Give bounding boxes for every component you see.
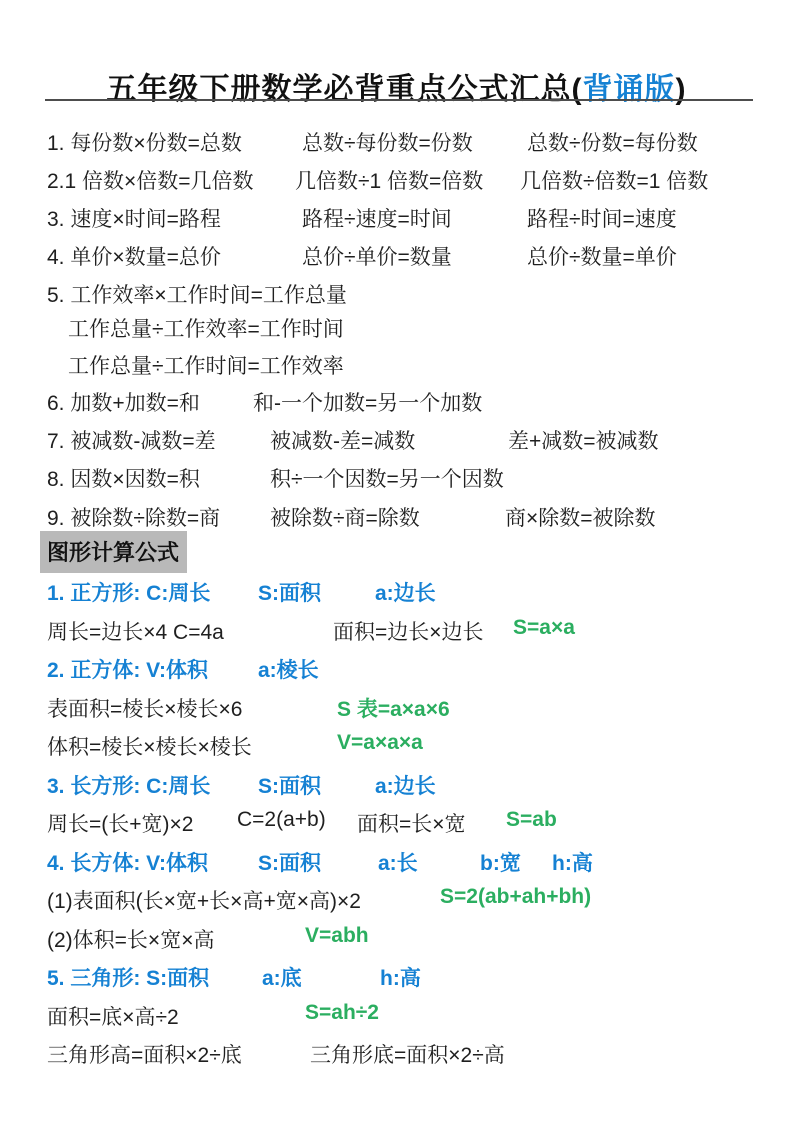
- formula-row-9: 9. 被除数÷除数=商 被除数÷商=除数 商×除数=被除数: [0, 502, 793, 534]
- formula-row-7: 7. 被减数-减数=差 被减数-差=减数 差+减数=被减数: [0, 425, 793, 457]
- formula-segment: 6. 加数+加数=和: [47, 387, 200, 417]
- formula-segment: h:高: [380, 962, 421, 992]
- formula-segment: a:边长: [375, 577, 436, 607]
- formula-segment: 9. 被除数÷除数=商: [47, 502, 220, 532]
- formula-row-5: 5. 工作效率×工作时间=工作总量: [0, 279, 793, 311]
- geometry-row-10: (2)体积=长×宽×高 V=abh: [0, 924, 793, 956]
- formula-segment: 总数÷每份数=份数: [302, 127, 473, 157]
- formula-segment: 几倍数÷倍数=1 倍数: [520, 165, 708, 195]
- formula-segment: 路程÷速度=时间: [302, 203, 452, 233]
- formula-segment: 三角形高=面积×2÷底: [47, 1039, 242, 1069]
- formula-segment: 积÷一个因数=另一个因数: [270, 463, 504, 493]
- title-suffix: ): [676, 73, 687, 106]
- formula-segment: 4. 单价×数量=总价: [47, 241, 221, 271]
- formula-segment: 体积=棱长×棱长×棱长: [47, 731, 252, 761]
- formula-segment: S=2(ab+ah+bh): [440, 885, 591, 909]
- geometry-row-12: 面积=底×高÷2 S=ah÷2: [0, 1001, 793, 1033]
- formula-segment: S:面积: [258, 847, 321, 877]
- formula-segment: 路程÷时间=速度: [527, 203, 677, 233]
- geometry-row-13: 三角形高=面积×2÷底 三角形底=面积×2÷高: [0, 1039, 793, 1071]
- formula-segment: 2. 正方体: V:体积: [47, 654, 208, 684]
- formula-segment: 被除数÷商=除数: [270, 502, 420, 532]
- formula-segment: S 表=a×a×6: [337, 693, 450, 723]
- formula-segment: 工作总量÷工作效率=工作时间: [68, 313, 344, 343]
- formula-segment: 5. 工作效率×工作时间=工作总量: [47, 279, 347, 309]
- formula-segment: 7. 被减数-减数=差: [47, 425, 216, 455]
- formula-segment: b:宽: [480, 847, 521, 877]
- formula-segment: 被减数-差=减数: [270, 425, 415, 455]
- formula-segment: S=ab: [506, 808, 557, 832]
- formula-segment: S:面积: [258, 577, 321, 607]
- formula-segment: 表面积=棱长×棱长×6: [47, 693, 242, 723]
- geometry-row-1: 1. 正方形: C:周长 S:面积 a:边长: [0, 577, 793, 609]
- formula-segment: a:底: [262, 962, 302, 992]
- formula-segment: (1)表面积(长×宽+长×高+宽×高)×2: [47, 885, 361, 915]
- formula-row-3: 3. 速度×时间=路程 路程÷速度=时间 路程÷时间=速度: [0, 203, 793, 235]
- geometry-row-2: 周长=边长×4 C=4a 面积=边长×边长 S=a×a: [0, 616, 793, 648]
- formula-segment: 面积=长×宽: [357, 808, 466, 838]
- title-highlight: 背诵版: [583, 73, 676, 106]
- formula-row-6: 6. 加数+加数=和 和-一个加数=另一个加数: [0, 387, 793, 419]
- formula-segment: 8. 因数×因数=积: [47, 463, 200, 493]
- formula-segment: S:面积: [258, 770, 321, 800]
- formula-segment: 周长=边长×4 C=4a: [47, 616, 224, 646]
- formula-segment: 总价÷单价=数量: [302, 241, 452, 271]
- title-text: 五年级下册数学必背重点公式汇总(: [107, 73, 583, 106]
- formula-segment: a:棱长: [258, 654, 319, 684]
- formula-segment: C=2(a+b): [237, 808, 326, 832]
- formula-segment: 2.1 倍数×倍数=几倍数: [47, 165, 254, 195]
- title-divider: [45, 99, 753, 101]
- formula-row-8: 8. 因数×因数=积 积÷一个因数=另一个因数: [0, 463, 793, 495]
- geometry-row-11: 5. 三角形: S:面积 a:底 h:高: [0, 962, 793, 994]
- formula-row-1: 1. 每份数×份数=总数 总数÷每份数=份数 总数÷份数=每份数: [0, 127, 793, 159]
- formula-segment: 面积=边长×边长: [333, 616, 484, 646]
- formula-row-2: 2.1 倍数×倍数=几倍数 几倍数÷1 倍数=倍数 几倍数÷倍数=1 倍数: [0, 165, 793, 197]
- formula-row-4: 4. 单价×数量=总价 总价÷单价=数量 总价÷数量=单价: [0, 241, 793, 273]
- formula-segment: S=ah÷2: [305, 1001, 379, 1025]
- formula-segment: (2)体积=长×宽×高: [47, 924, 214, 954]
- formula-segment: 面积=底×高÷2: [47, 1001, 179, 1031]
- geometry-row-4: 表面积=棱长×棱长×6 S 表=a×a×6: [0, 693, 793, 725]
- formula-segment: 几倍数÷1 倍数=倍数: [295, 165, 483, 195]
- geometry-row-9: (1)表面积(长×宽+长×高+宽×高)×2 S=2(ab+ah+bh): [0, 885, 793, 917]
- formula-segment: V=abh: [305, 924, 369, 948]
- formula-segment: 周长=(长+宽)×2: [47, 808, 193, 838]
- formula-segment: 总价÷数量=单价: [527, 241, 677, 271]
- geometry-row-8: 4. 长方体: V:体积 S:面积 a:长 b:宽 h:高: [0, 847, 793, 879]
- formula-segment: S=a×a: [513, 616, 575, 640]
- formula-segment: V=a×a×a: [337, 731, 423, 755]
- formula-segment: a:边长: [375, 770, 436, 800]
- formula-segment: h:高: [552, 847, 593, 877]
- formula-segment: 4. 长方体: V:体积: [47, 847, 208, 877]
- geometry-row-5: 体积=棱长×棱长×棱长 V=a×a×a: [0, 731, 793, 763]
- formula-segment: 1. 正方形: C:周长: [47, 577, 210, 607]
- formula-segment: 三角形底=面积×2÷高: [310, 1039, 505, 1069]
- formula-segment: 工作总量÷工作时间=工作效率: [68, 350, 344, 380]
- formula-segment: 3. 长方形: C:周长: [47, 770, 210, 800]
- geometry-row-3: 2. 正方体: V:体积 a:棱长: [0, 654, 793, 686]
- formula-segment: 和-一个加数=另一个加数: [253, 387, 482, 417]
- formula-segment: 5. 三角形: S:面积: [47, 962, 209, 992]
- formula-segment: 商×除数=被除数: [505, 502, 656, 532]
- formula-segment: 总数÷份数=每份数: [527, 127, 698, 157]
- geometry-row-6: 3. 长方形: C:周长 S:面积 a:边长: [0, 770, 793, 802]
- formula-segment: a:长: [378, 847, 418, 877]
- section-heading-geometry: 图形计算公式: [40, 531, 187, 573]
- geometry-row-7: 周长=(长+宽)×2 C=2(a+b) 面积=长×宽 S=ab: [0, 808, 793, 840]
- formula-segment: 差+减数=被减数: [508, 425, 659, 455]
- formula-row-5c: 工作总量÷工作时间=工作效率: [0, 350, 793, 382]
- formula-segment: 3. 速度×时间=路程: [47, 203, 221, 233]
- formula-row-5b: 工作总量÷工作效率=工作时间: [0, 313, 793, 345]
- page-title: 五年级下册数学必背重点公式汇总(背诵版): [0, 64, 793, 108]
- formula-segment: 1. 每份数×份数=总数: [47, 127, 242, 157]
- document-page: 五年级下册数学必背重点公式汇总(背诵版) 1. 每份数×份数=总数 总数÷每份数…: [0, 0, 793, 1121]
